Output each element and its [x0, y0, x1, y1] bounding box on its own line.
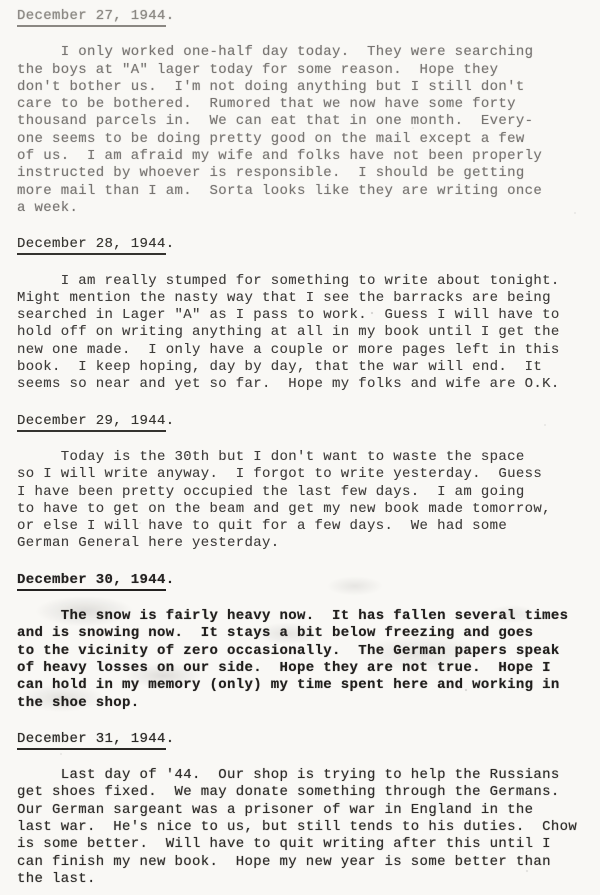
text-line: Might mention the nasty way that I see t… [17, 290, 580, 307]
text-line: book. I keep hoping, day by day, that th… [17, 359, 580, 376]
entry-date-heading: December 27, 1944. [17, 8, 580, 25]
entry-date-period: . [166, 8, 175, 24]
text-line: new one made. I only have a couple or mo… [17, 342, 580, 359]
text-line: more mail than I am. Sorta looks like th… [17, 183, 580, 200]
text-line: searched in Lager "A" as I pass to work.… [17, 307, 580, 324]
text-line: so I will write anyway. I forgot to writ… [17, 466, 580, 483]
entry-body: Today is the 30th but I don't want to wa… [17, 449, 580, 553]
text-line: thousand parcels in. We can eat that in … [17, 113, 580, 130]
entry-date-text: December 29, 1944 [17, 413, 166, 432]
entry-body: I only worked one-half day today. They w… [17, 44, 580, 217]
entry-body: I am really stumped for something to wri… [17, 273, 580, 394]
text-line: hold off on writing anything at all in m… [17, 324, 580, 341]
text-line: I have been pretty occupied the last few… [17, 484, 580, 501]
journal-entry-dec-27: December 27, 1944. I only worked one-hal… [17, 8, 580, 217]
text-line: don't bother us. I'm not doing anything … [17, 79, 580, 96]
text-line: last war. He's nice to us, but still ten… [17, 819, 580, 836]
text-line: of us. I am afraid my wife and folks hav… [17, 148, 580, 165]
entry-date-heading: December 28, 1944. [17, 236, 580, 253]
journal-entry-dec-30: December 30, 1944. The snow is fairly he… [17, 572, 580, 712]
entry-date-text: December 31, 1944 [17, 731, 166, 750]
entry-date-text: December 27, 1944 [17, 8, 166, 27]
text-line: the boys at "A" lager today for some rea… [17, 62, 580, 79]
text-line: get shoes fixed. We may donate something… [17, 784, 580, 801]
text-line: is some better. Will have to quit writin… [17, 836, 580, 853]
text-line: instructed by whoever is responsible. I … [17, 165, 580, 182]
entry-date-period: . [166, 731, 175, 747]
entry-body: The snow is fairly heavy now. It has fal… [17, 608, 580, 712]
text-line: I am really stumped for something to wri… [17, 273, 580, 290]
entry-date-period: . [166, 572, 175, 588]
journal-entry-dec-29: December 29, 1944. Today is the 30th but… [17, 413, 580, 553]
text-line: to the vicinity of zero occasionally. Th… [17, 643, 580, 660]
text-line: to have to get on the beam and get my ne… [17, 501, 580, 518]
text-line: I only worked one-half day today. They w… [17, 44, 580, 61]
text-line: Our German sargeant was a prisoner of wa… [17, 802, 580, 819]
text-line: the shoe shop. [17, 695, 580, 712]
text-line: a week. [17, 200, 580, 217]
text-line: Last day of '44. Our shop is trying to h… [17, 767, 580, 784]
text-line: or else I will have to quit for a few da… [17, 518, 580, 535]
journal-entry-dec-31: December 31, 1944. Last day of '44. Our … [17, 731, 580, 888]
text-line: care to be bothered. Rumored that we now… [17, 96, 580, 113]
diary-page: December 27, 1944. I only worked one-hal… [0, 0, 600, 895]
text-line: one seems to be doing pretty good on the… [17, 131, 580, 148]
entry-date-period: . [166, 413, 175, 429]
text-line: seems so near and yet so far. Hope my fo… [17, 376, 580, 393]
entry-body: Last day of '44. Our shop is trying to h… [17, 767, 580, 888]
text-line: can finish my new book. Hope my new year… [17, 854, 580, 871]
text-line: of heavy losses on our side. Hope they a… [17, 660, 580, 677]
text-line: The snow is fairly heavy now. It has fal… [17, 608, 580, 625]
entry-date-period: . [166, 236, 175, 252]
text-line: German General here yesterday. [17, 535, 580, 552]
entry-date-heading: December 31, 1944. [17, 731, 580, 748]
text-line: the last. [17, 871, 580, 888]
entry-date-heading: December 30, 1944. [17, 572, 580, 589]
journal-entry-dec-28: December 28, 1944. I am really stumped f… [17, 236, 580, 393]
entry-date-text: December 30, 1944 [17, 572, 166, 591]
entry-date-text: December 28, 1944 [17, 236, 166, 255]
text-line: can hold in my memory (only) my time spe… [17, 677, 580, 694]
entry-date-heading: December 29, 1944. [17, 413, 580, 430]
text-line: and is snowing now. It stays a bit below… [17, 625, 580, 642]
text-line: Today is the 30th but I don't want to wa… [17, 449, 580, 466]
